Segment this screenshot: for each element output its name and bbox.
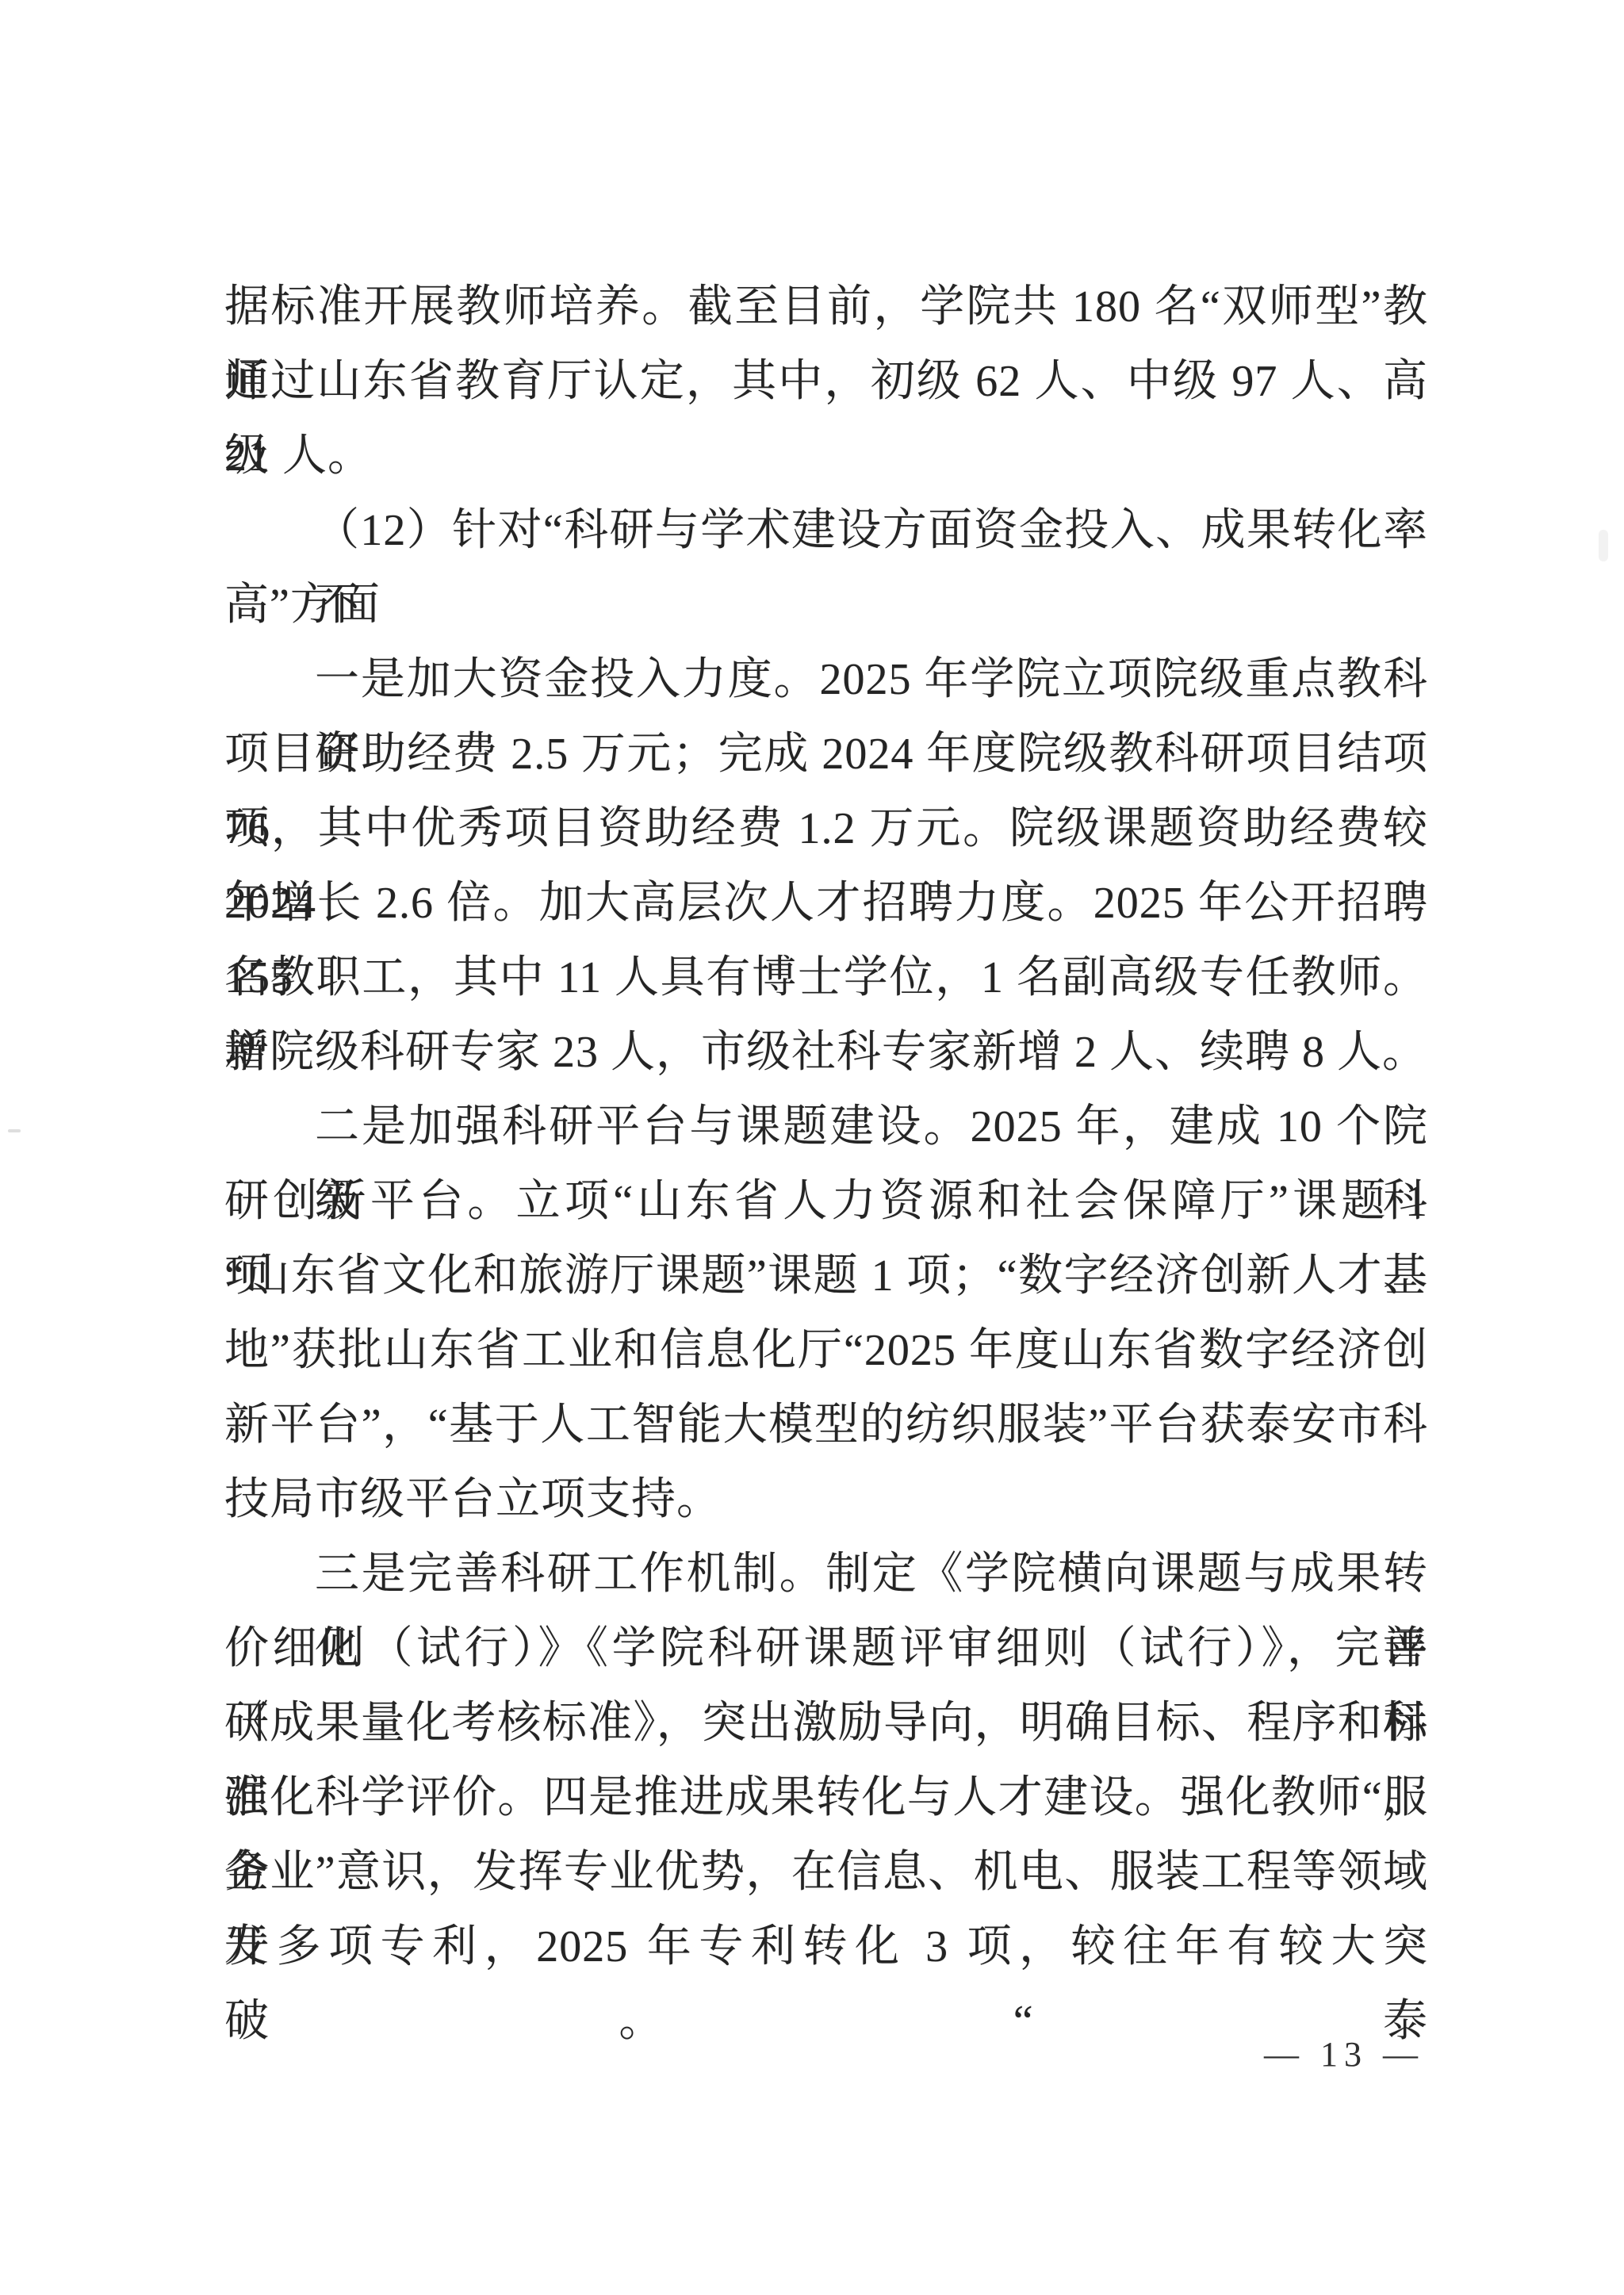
text-line: 价细则（试行）》《学院科研课题评审细则（试行）》，完善《科 [224, 1611, 1428, 1686]
text-line: 增院级科研专家 23 人，市级社科专家新增 2 人、续聘 8 人。 [224, 1015, 1428, 1090]
text-line: 年增长 2.6 倍。加大高层次人才招聘力度。2025 年公开招聘 155 [224, 866, 1428, 941]
scan-artifact [8, 1129, 21, 1132]
text-line: 企业”意识，发挥专业优势，在信息、机电、服装工程等领域开 [224, 1835, 1428, 1910]
text-line: “山东省文化和旅游厅课题”课题 1 项；“数字经济创新人才基 [224, 1239, 1428, 1313]
text-line: 强化科学评价。四是推进成果转化与人才建设。强化教师“服务 [224, 1761, 1428, 1835]
text-line: 研成果量化考核标准》，突出激励导向，明确目标、程序和标准， [224, 1686, 1428, 1761]
text-line: 技局市级平台立项支持。 [224, 1462, 1428, 1537]
text-line: 一是加大资金投入力度。2025 年学院立项院级重点教科研 [224, 642, 1428, 717]
text-line: 发多项专利，2025 年专利转化 3 项，较往年有较大突破。“泰 [224, 1910, 1428, 1984]
text-line: 新平台”，“基于人工智能大模型的纺织服装”平台获泰安市科 [224, 1388, 1428, 1462]
text-line: 研创新平台。立项“山东省人力资源和社会保障厅”课题 1 项、 [224, 1164, 1428, 1239]
text-line: 据标准开展教师培养。截至目前，学院共 180 名“双师型”教师 [224, 270, 1428, 344]
page-number: — 13 — [1237, 2027, 1451, 2082]
text-line: 通过山东省教育厅认定，其中，初级 62 人、中级 97 人、高级 [224, 344, 1428, 419]
text-line: 二是加强科研平台与课题建设。2025 年，建成 10 个院级科 [224, 1090, 1428, 1164]
document-body: 据标准开展教师培养。截至目前，学院共 180 名“双师型”教师 通过山东省教育厅… [224, 270, 1428, 1984]
document-page: 据标准开展教师培养。截至目前，学院共 180 名“双师型”教师 通过山东省教育厅… [0, 0, 1624, 2295]
text-line: 名教职工，其中 11 人具有博士学位，1 名副高级专任教师。新 [224, 941, 1428, 1015]
text-line: 项目资助经费 2.5 万元；完成 2024 年度院级教科研项目结项 76 [224, 717, 1428, 791]
text-line: 项，其中优秀项目资助经费 1.2 万元。院级课题资助经费较 2024 [224, 791, 1428, 866]
text-line: 高”方面 [224, 568, 1428, 642]
text-line: （12）针对“科研与学术建设方面资金投入、成果转化率不 [224, 493, 1428, 568]
text-line: 21 人。 [224, 419, 1428, 493]
text-line: 三是完善科研工作机制。制定《学院横向课题与成果转化评 [224, 1537, 1428, 1611]
text-line: 地”获批山东省工业和信息化厅“2025 年度山东省数字经济创 [224, 1313, 1428, 1388]
scan-artifact [1599, 530, 1608, 561]
